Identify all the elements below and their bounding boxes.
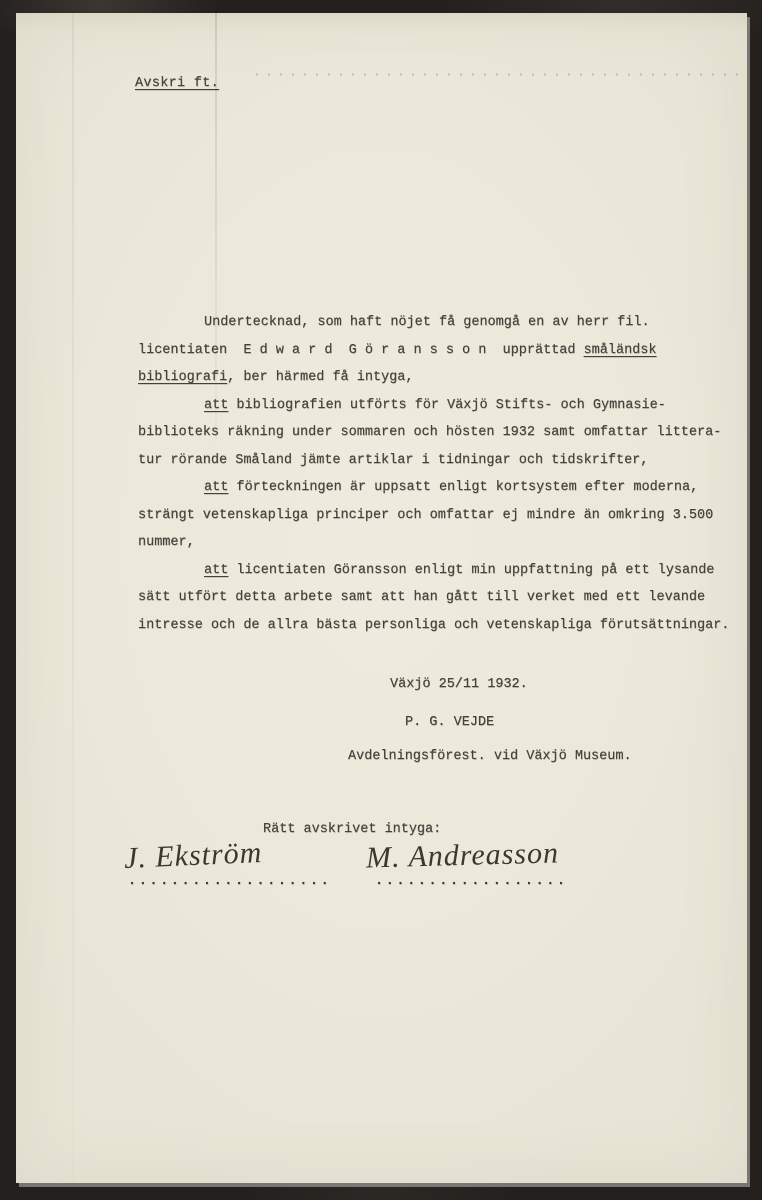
document-line: sätt utfört detta arbete samt att han gå… xyxy=(138,584,734,612)
document-paper: Avskri ft. Undertecknad, som haft nöjet … xyxy=(16,13,747,1183)
signatory-title: Avdelningsförest. vid Växjö Museum. xyxy=(348,743,632,771)
signature-dotted-line: ................... xyxy=(128,868,331,896)
underlined-text: bibliografi xyxy=(138,370,227,385)
scan-ghost-marks xyxy=(256,73,748,76)
document-label: Avskri ft. xyxy=(135,70,219,98)
signatory-name: P. G. VEJDE xyxy=(405,709,494,737)
paper-crease xyxy=(72,13,74,1183)
document-line: intresse och de allra bästa personliga o… xyxy=(138,612,734,640)
body-text: Undertecknad, som haft nöjet få genomgå … xyxy=(138,309,734,639)
text-segment: nummer, xyxy=(138,535,195,550)
text-segment: bibliografien utförts för Växjö Stifts- … xyxy=(228,398,665,413)
text-segment: Undertecknad, som haft nöjet få genomgå … xyxy=(204,315,650,330)
document-line: nummer, xyxy=(138,529,734,557)
text-segment: förteckningen är uppsatt enligt kortsyst… xyxy=(228,480,698,495)
text-segment: , ber härmed få intyga, xyxy=(227,370,413,385)
underlined-text: att xyxy=(204,398,228,413)
text-segment: licentiaten Göransson enligt min uppfatt… xyxy=(228,563,714,578)
document-line: tur rörande Småland jämte artiklar i tid… xyxy=(138,447,734,475)
document-line: att licentiaten Göransson enligt min upp… xyxy=(138,557,734,585)
scan-background: { "page": { "background_color": "#23201d… xyxy=(0,0,762,1200)
document-line: biblioteks räkning under sommaren och hö… xyxy=(138,419,734,447)
document-line: licentiaten E d w a r d G ö r a n s s o … xyxy=(138,337,734,365)
text-segment: strängt vetenskapliga principer och omfa… xyxy=(138,508,713,523)
text-segment: sätt utfört detta arbete samt att han gå… xyxy=(138,590,705,605)
dateline: Växjö 25/11 1932. xyxy=(390,671,528,699)
text-segment: tur rörande Småland jämte artiklar i tid… xyxy=(138,453,648,468)
document-line: strängt vetenskapliga principer och omfa… xyxy=(138,502,734,530)
document-line: att förteckningen är uppsatt enligt kort… xyxy=(138,474,734,502)
document-line: att bibliografien utförts för Växjö Stif… xyxy=(138,392,734,420)
underlined-text: att xyxy=(204,563,228,578)
document-line: bibliografi, ber härmed få intyga, xyxy=(138,364,734,392)
underlined-text: småländsk xyxy=(584,343,657,358)
document-line: Undertecknad, som haft nöjet få genomgå … xyxy=(138,309,734,337)
underlined-text: att xyxy=(204,480,228,495)
text-segment: intresse och de allra bästa personliga o… xyxy=(138,618,729,633)
text-segment: biblioteks räkning under sommaren och hö… xyxy=(138,425,721,440)
signature-dotted-line: .................. xyxy=(375,868,568,896)
text-segment: licentiaten E d w a r d G ö r a n s s o … xyxy=(138,343,584,358)
